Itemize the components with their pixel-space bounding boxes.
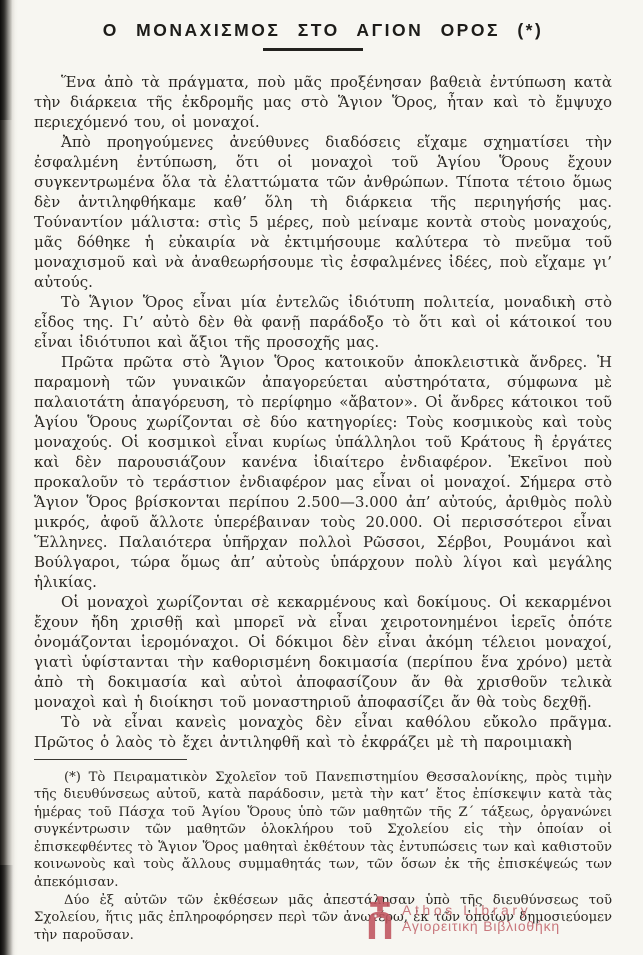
scanned-document-page: Ο ΜΟΝΑΧΙΣΜΟΣ ΣΤΟ ΑΓΙΟΝ ΟΡΟΣ (*) Ἕνα ἀπὸ … bbox=[0, 0, 643, 955]
body-paragraph: Οἱ μοναχοὶ χωρίζονται σὲ κεκαρμένους καὶ… bbox=[34, 592, 612, 712]
watermark-line-greek: Αγιορειτική Βιβλιοθήκη bbox=[402, 918, 560, 934]
title-underline bbox=[263, 48, 363, 51]
page-title: Ο ΜΟΝΑΧΙΣΜΟΣ ΣΤΟ ΑΓΙΟΝ ΟΡΟΣ (*) bbox=[34, 20, 612, 41]
body-paragraph: Τὸ νὰ εἶναι κανεὶς μοναχὸς δὲν εἶναι καθ… bbox=[34, 712, 612, 752]
footnote-separator-rule bbox=[34, 759, 187, 760]
body-paragraph: Ἕνα ἀπὸ τὰ πράγματα, ποὺ μᾶς προξένησαν … bbox=[34, 72, 612, 132]
watermark-text: Athos Library Αγιορειτική Βιβλιοθήκη bbox=[402, 902, 560, 934]
athos-library-watermark: Athos Library Αγιορειτική Βιβλιοθήκη bbox=[366, 896, 560, 940]
athos-cross-arch-icon bbox=[366, 896, 394, 940]
article-body: Ἕνα ἀπὸ τὰ πράγματα, ποὺ μᾶς προξένησαν … bbox=[34, 72, 612, 752]
footnote-paragraph: (*) Τὸ Πειραματικὸν Σχολεῖον τοῦ Πανεπισ… bbox=[34, 769, 612, 892]
body-paragraph: Πρῶτα πρῶτα στὸ Ἅγιον Ὅρος κατοικοῦν ἀπο… bbox=[34, 352, 612, 592]
body-paragraph: Ἀπὸ προηγούμενες ἀνεύθυνες διαδόσεις εἴχ… bbox=[34, 132, 612, 292]
page-content: Ο ΜΟΝΑΧΙΣΜΟΣ ΣΤΟ ΑΓΙΟΝ ΟΡΟΣ (*) Ἕνα ἀπὸ … bbox=[34, 20, 612, 944]
watermark-line-english: Athos Library bbox=[402, 902, 560, 918]
book-binding-shadow bbox=[0, 0, 18, 955]
body-paragraph: Τὸ Ἅγιον Ὅρος εἶναι μία ἐντελῶς ἰδιότυπη… bbox=[34, 292, 612, 352]
